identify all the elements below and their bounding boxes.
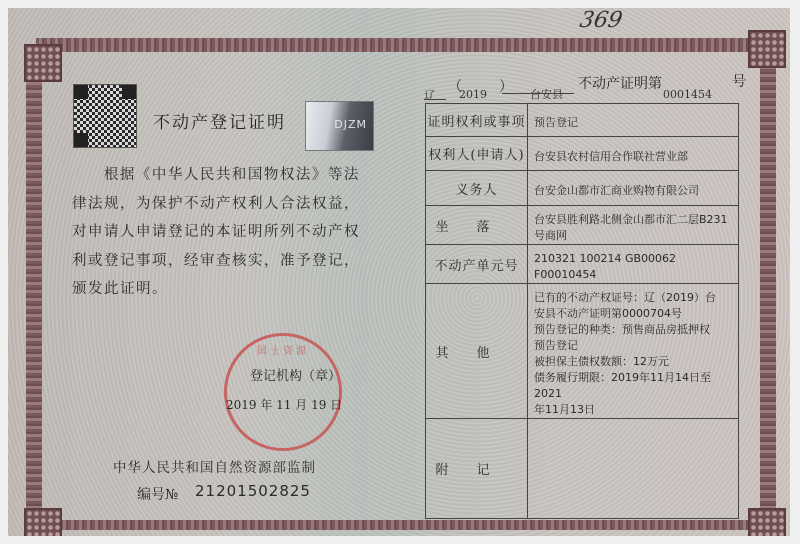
- header-cert-label: 不动产证明第: [578, 73, 662, 93]
- intro-paragraph: 根据《中华人民共和国物权法》等法律法规，为保护不动产权利人合法权益，对申请人申请…: [72, 161, 362, 304]
- table-row: 附记: [426, 419, 739, 519]
- supervisor-line: 中华人民共和国自然资源部监制: [113, 456, 316, 476]
- row-value-multiline: 已有的不动产权证号：辽（2019）台 安县不动产证明第0000704号 预告登记…: [528, 284, 739, 419]
- registration-date: 2019 年 11 月 19 日: [226, 396, 342, 413]
- hologram-text: DJZM: [334, 118, 367, 131]
- other-line: 安县不动产证明第0000704号: [534, 306, 738, 322]
- header-suffix: 号: [732, 71, 746, 91]
- table-row: 权利人(申请人) 台安县农村信用合作联社营业部: [426, 137, 739, 171]
- row-value: 台安县胜利路北侧金山都市汇二层B231号商网: [528, 206, 739, 245]
- other-line: 债务履行期限：2019年11月14日至2021: [534, 370, 738, 402]
- row-label: 附记: [426, 419, 528, 519]
- row-value: [528, 419, 739, 519]
- border-left: [26, 48, 42, 528]
- header-cert-number: 0001454: [663, 88, 712, 101]
- other-line: 预告登记的种类：预售商品房抵押权: [534, 322, 738, 338]
- serial-label: 编号№: [137, 484, 178, 504]
- header-year: 2019: [459, 88, 487, 101]
- table-row: 证明权利或事项 预告登记: [426, 104, 739, 137]
- registration-org: 登记机构（章）: [250, 365, 341, 384]
- document-title: 不动产登记证明: [153, 108, 286, 133]
- official-seal: 国土资源: [224, 333, 342, 451]
- header-county: 台安县: [530, 86, 563, 102]
- row-label: 坐落: [426, 206, 528, 245]
- corner-ornament-icon: [24, 44, 62, 82]
- corner-ornament-icon: [24, 508, 62, 536]
- row-label: 证明权利或事项: [426, 104, 528, 137]
- row-value: 台安金山都市汇商业购物有限公司: [528, 171, 739, 206]
- other-line: 已有的不动产权证号：辽（2019）台: [534, 290, 738, 306]
- other-line: 年11月13日: [534, 402, 738, 418]
- hologram-label: DJZM: [305, 101, 374, 151]
- corner-ornament-icon: [748, 508, 786, 536]
- handwritten-note: 369: [578, 8, 624, 33]
- serial-number: 21201502825: [195, 482, 311, 500]
- header-province: 辽: [424, 87, 435, 103]
- border-top: [36, 38, 776, 52]
- row-label: 义务人: [426, 171, 528, 206]
- table-row: 其他 已有的不动产权证号：辽（2019）台 安县不动产证明第0000704号 预…: [426, 284, 739, 419]
- certificate-info-table: 证明权利或事项 预告登记 权利人(申请人) 台安县农村信用合作联社营业部 义务人…: [425, 103, 739, 519]
- row-value: 台安县农村信用合作联社营业部: [528, 137, 739, 171]
- qr-code-icon[interactable]: [73, 84, 137, 148]
- row-label: 权利人(申请人): [426, 137, 528, 171]
- table-row: 不动产单元号 210321 100214 GB00062 F00010454: [426, 245, 739, 284]
- row-label: 不动产单元号: [426, 245, 528, 284]
- other-line: 被担保主债权数额：12万元: [534, 354, 738, 370]
- seal-text: 国土资源: [227, 342, 339, 357]
- row-value: 预告登记: [528, 104, 739, 137]
- border-right: [760, 48, 776, 528]
- border-bottom: [36, 520, 776, 530]
- corner-ornament-icon: [748, 30, 786, 68]
- table-row: 坐落 台安县胜利路北侧金山都市汇二层B231号商网: [426, 206, 739, 245]
- underline: [424, 99, 446, 100]
- row-value: 210321 100214 GB00062 F00010454: [528, 245, 739, 284]
- row-label: 其他: [426, 284, 528, 419]
- table-row: 义务人 台安金山都市汇商业购物有限公司: [426, 171, 739, 206]
- other-line: 预告登记: [534, 338, 738, 354]
